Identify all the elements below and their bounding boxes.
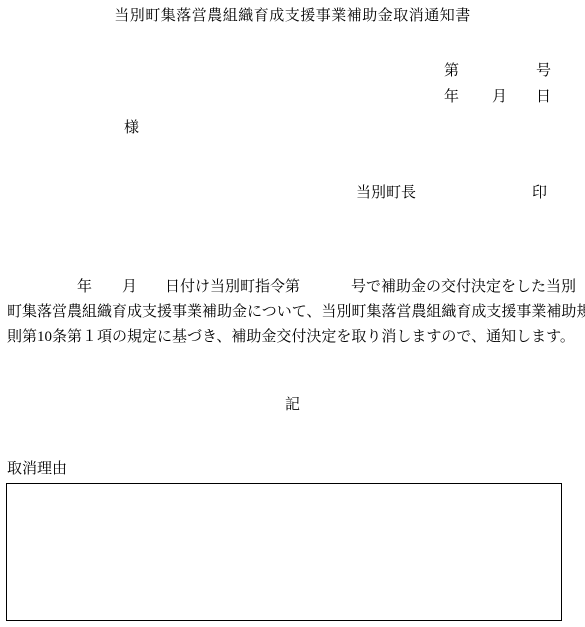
record-marker: 記: [0, 398, 585, 413]
reason-section-label: 取消理由: [7, 462, 67, 477]
body-line2-text: 町集落営農組織育成支援事業補助金について、当別町集落営農組織育成支援事業補助規: [7, 305, 585, 320]
doc-number-suffix: 号: [536, 64, 551, 79]
body-line1-mid-text: 日付け当別町指令第: [165, 280, 300, 295]
issue-date-year-label: 年: [444, 90, 459, 105]
document-title: 当別町集落営農組織育成支援事業補助金取消通知書: [0, 9, 585, 24]
notice-document-page: 当別町集落営農組織育成支援事業補助金取消通知書 第 号 年 月 日 様 当別町長…: [0, 0, 585, 627]
issue-date-day-label: 日: [536, 90, 551, 105]
addressee-honorific: 様: [124, 121, 139, 136]
body-line3-text: 則第10条第１項の規定に基づき、補助金交付決定を取り消しますので、通知します。: [7, 330, 575, 345]
body-line1-tail-text: 号で補助金の交付決定をした当別: [351, 280, 576, 295]
reason-entry-box: [6, 483, 562, 621]
body-line1-month-label: 月: [122, 280, 137, 295]
body-line1-year-label: 年: [77, 280, 92, 295]
issuer-name: 当別町長: [356, 186, 416, 201]
issuer-seal-label: 印: [532, 186, 547, 201]
issue-date-month-label: 月: [492, 90, 507, 105]
doc-number-prefix: 第: [444, 64, 459, 79]
